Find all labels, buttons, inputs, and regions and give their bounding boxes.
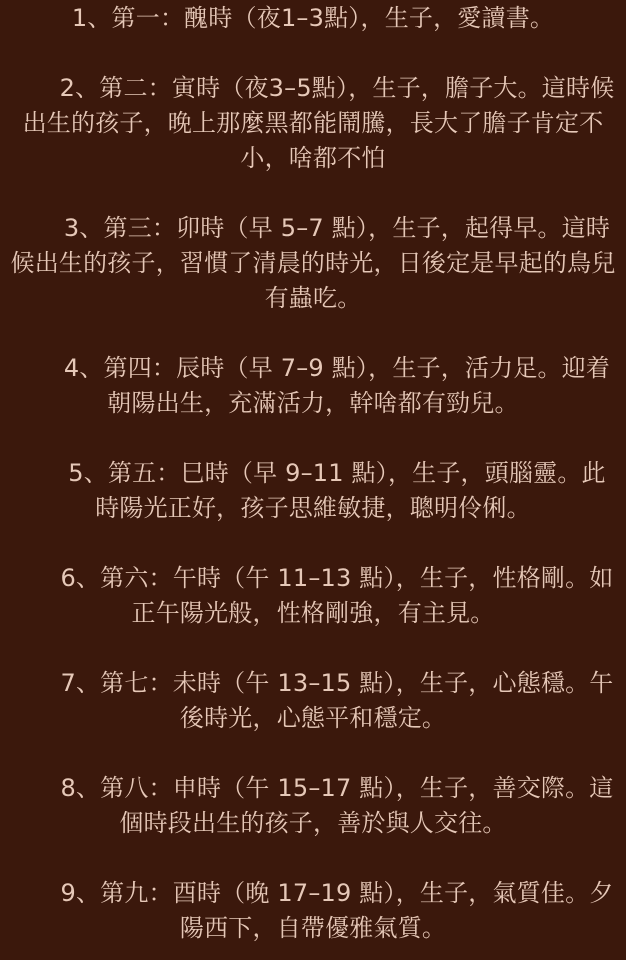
paragraph-6: 6、第六：午時（午 11–13 點），生子，性格剛。如正午陽光般，性格剛強，有主… [10,561,616,631]
paragraph-3: 3、第三：卯時（早 5–7 點），生子，起得早。這時候出生的孩子，習慣了清晨的時… [10,211,616,316]
article-body: 1、第一：醜時（夜1–3點），生子，愛讀書。 2、第二：寅時（夜3–5點），生子… [0,1,626,946]
paragraph-7: 7、第七：未時（午 13–15 點），生子，心態穩。午後時光，心態平和穩定。 [10,666,616,736]
paragraph-8: 8、第八：申時（午 15–17 點），生子，善交際。這個時段出生的孩子，善於與人… [10,771,616,841]
paragraph-2: 2、第二：寅時（夜3–5點），生子，膽子大。這時候出生的孩子，晚上那麼黑都能鬧騰… [10,71,616,176]
paragraph-1: 1、第一：醜時（夜1–3點），生子，愛讀書。 [10,1,616,36]
paragraph-4: 4、第四：辰時（早 7–9 點），生子，活力足。迎着朝陽出生，充滿活力，幹啥都有… [10,351,616,421]
paragraph-5: 5、第五：巳時（早 9–11 點），生子，頭腦靈。此時陽光正好，孩子思維敏捷，聰… [10,456,616,526]
paragraph-9: 9、第九：酉時（晚 17–19 點），生子，氣質佳。夕陽西下，自帶優雅氣質。 [10,876,616,946]
